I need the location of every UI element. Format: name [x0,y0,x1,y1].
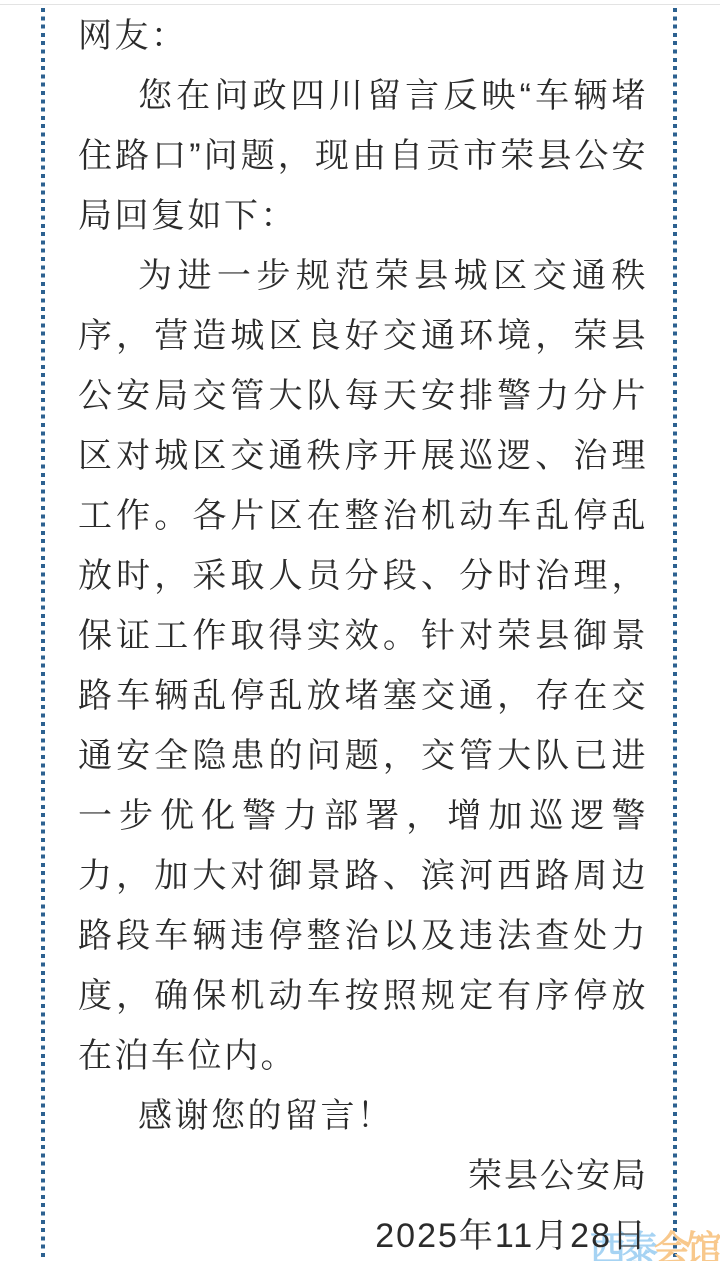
right-dotted-border [673,8,677,1261]
signature: 荣县公安局 [78,1146,648,1206]
paragraph-thanks: 感谢您的留言！ [78,1086,648,1146]
paragraph-main-reply: 为进一步规范荣县城区交通秩序，营造城区良好交通环境，荣县公安局交管大队每天安排警… [78,246,648,1086]
left-dotted-border [41,8,45,1261]
reply-letter-page: 网友： 您在问政四川留言反映“车辆堵住路口”问题，现由自贡市荣县公安局回复如下：… [0,0,720,1261]
salutation: 网友： [78,6,648,66]
letter-body: 网友： 您在问政四川留言反映“车辆堵住路口”问题，现由自贡市荣县公安局回复如下：… [78,6,648,1261]
paragraph-intro: 您在问政四川留言反映“车辆堵住路口”问题，现由自贡市荣县公安局回复如下： [78,66,648,246]
watermark-text-orange: 会馆 [654,1228,718,1261]
top-divider-line [0,4,720,5]
date: 2025年11月28日 [78,1206,648,1261]
